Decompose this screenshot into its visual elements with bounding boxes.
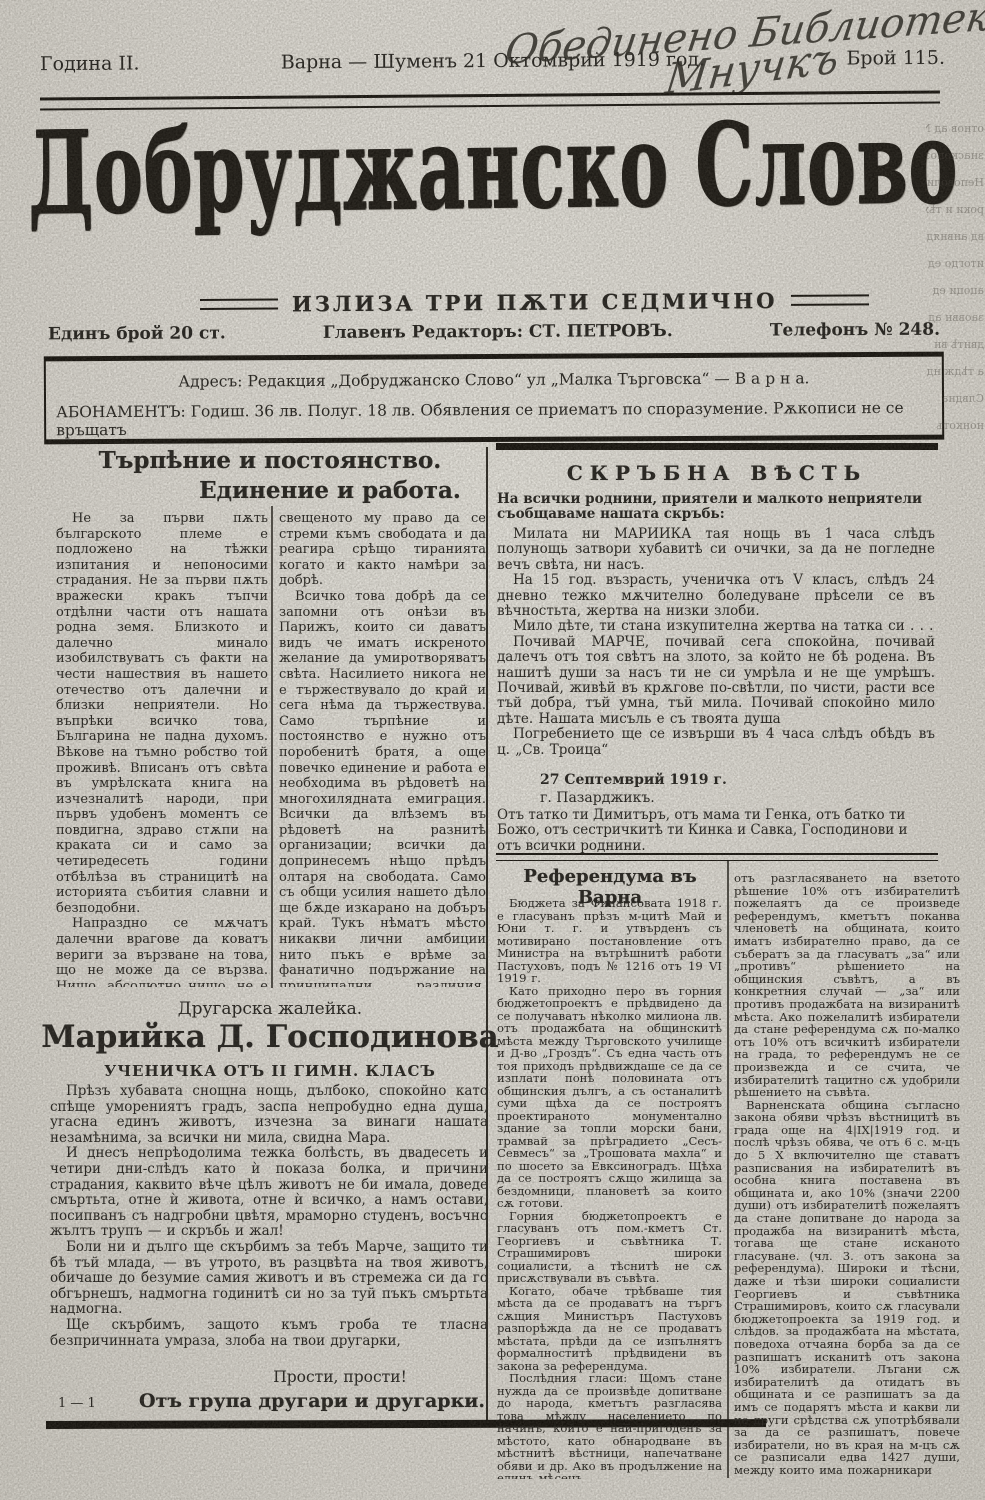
paragraph: Милата ни МАРИЙКА тая нощь въ 1 часа слѣ…: [497, 527, 935, 573]
bleed-fragment: роки и тѣхи: [926, 196, 984, 223]
paragraph: Почивай МАРЧЕ, почивай сега спокойна, по…: [497, 635, 935, 727]
paragraph: Боли ни и дълго ще скърбимъ за тебъ Марч…: [50, 1240, 488, 1318]
subscription-line: АБОНАМЕНТЪ: Годиш. 36 лв. Полуг. 18 лв. …: [56, 399, 936, 440]
obituary2-date: 27 Септемврий 1919 г.: [540, 772, 727, 788]
obituary2-bottom-rule: [496, 853, 938, 861]
obituary1-kicker: Другарска жалейка.: [55, 999, 485, 1019]
obituary2-signature: Отъ татко ти Димитъръ, отъ мама ти Генка…: [497, 808, 935, 854]
obituary1-subtitle: УЧЕНИЧКА ОТЪ II ГИМН. КЛАСЪ: [55, 1062, 485, 1080]
paragraph: свещеното му право да се стреми къмъ сво…: [279, 511, 486, 589]
obituary1-name: Марийка Д. Господинова: [40, 1019, 500, 1055]
info-row: Единъ брой 20 ст. Главенъ Редакторъ: СТ.…: [48, 320, 940, 345]
right-column-rule: [727, 860, 729, 1478]
bleed-fragment: нонкотъ: [926, 412, 984, 439]
frequency-rule-right: [791, 294, 869, 306]
paragraph: Послѣдния гласи: Щомъ стане нужда да се …: [497, 1372, 722, 1479]
article1-column-1: Не за първи пѫть българското племе е под…: [56, 511, 268, 987]
obituary1-mark: 1 — 1: [58, 1396, 96, 1411]
frequency-rule-left: [200, 299, 278, 311]
paragraph: Напраздно се мѫчатъ далечни врагове да к…: [56, 916, 268, 987]
newspaper-page: Година II. Варна — Шуменъ 21 Октомврий 1…: [0, 0, 985, 1500]
bleed-fragment: двнтѣ вн: [926, 331, 984, 358]
left-column-rule: [271, 506, 273, 988]
bleed-fragment: Неповоли: [926, 169, 984, 196]
obituary1-farewell: Прости, прости!: [230, 1368, 450, 1386]
article1-title-line1: Търпѣние и постоянство.: [55, 447, 485, 474]
bleed-fragment: ацоци ед: [926, 277, 984, 304]
bleed-fragment: итогдо ед: [926, 250, 984, 277]
paragraph: Като приходно перо въ горния бюджетопрое…: [497, 985, 722, 1210]
obituary1-body: Прѣзъ хубавата снощна нощь, дълбоко, спо…: [50, 1084, 488, 1366]
obituary2-lead: На всички роднини, приятели и малкото не…: [497, 492, 935, 523]
right-top-rule: [496, 443, 938, 450]
obituary1-signature: Отъ група другари и другарки.: [55, 1390, 485, 1412]
paragraph: Бюджета за Финансовата 1918 г. е гласува…: [497, 897, 722, 985]
bleedthrough-margin: отнов ад N6 знаскопоз Неповоли роки и тѣ…: [926, 115, 984, 1485]
frequency-row: ИЗЛИЗА ТРИ ПѪТИ СЕДМИЧНО: [200, 288, 790, 317]
bleed-fragment: Слвдна: [926, 385, 984, 412]
obituary2-body: Милата ни МАРИЙКА тая нощь въ 1 часа слѣ…: [497, 527, 935, 769]
paragraph: Когато, обаче трѣбваше тия мѣста да се п…: [497, 1285, 722, 1373]
dateline-issue: Брой 115.: [846, 47, 945, 70]
paragraph: Погребението ще се извърши въ 4 часа слѣ…: [497, 727, 935, 758]
paragraph: Мило дѣте, ти стана изкупителна жертва н…: [497, 619, 935, 634]
paragraph: Не за първи пѫть българското племе е под…: [56, 511, 268, 916]
bleed-fragment: знаскопоз: [926, 142, 984, 169]
bleed-fragment: отнов ад N6: [926, 115, 984, 142]
address-box: Адресъ: Редакция „Добруджанско Слово“ ул…: [44, 352, 944, 445]
obituary2-title: СКРЪБНА ВѢСТЬ: [496, 461, 938, 485]
paragraph: И днесъ непрѣодолима тежка болѣсть, въ д…: [50, 1146, 488, 1240]
phone-note: Телефонъ № 248.: [770, 320, 940, 341]
paragraph: На 15 год. възрасть, ученичка отъ V клас…: [497, 573, 935, 619]
price-note: Единъ брой 20 ст.: [48, 323, 226, 344]
dateline-year: Година II.: [40, 52, 140, 75]
masthead-title: Добруджанско Слово: [0, 95, 985, 240]
paragraph: Прѣзъ хубавата снощна нощь, дълбоко, спо…: [50, 1084, 488, 1146]
frequency-text: ИЗЛИЗА ТРИ ПѪТИ СЕДМИЧНО: [292, 288, 778, 316]
article2-column-1: Бюджета за Финансовата 1918 г. е гласува…: [497, 897, 722, 1479]
obituary2-place: г. Пазарджикъ.: [540, 790, 655, 806]
bleed-fragment: вд анвняд: [926, 223, 984, 250]
article1-title-line2: Единение и работа.: [115, 477, 545, 504]
article1-column-2: свещеното му право да се стреми къмъ сво…: [279, 511, 486, 987]
bleed-fragment: заоввн ад: [926, 304, 984, 331]
editor-note: Главенъ Редакторъ: СТ. ПЕТРОВЪ.: [323, 321, 673, 343]
paragraph: Всичко това добрѣ да се запомни отъ онѣз…: [279, 589, 486, 987]
paragraph: Горния бюджетопроектъ е гласуванъ отъ по…: [497, 1210, 722, 1285]
bleed-fragment: а тѣдж нд: [926, 358, 984, 385]
address-line: Адресъ: Редакция „Добруджанско Слово“ ул…: [46, 369, 942, 392]
paragraph: Ще скърбимъ, защото къмъ гроба те тласна…: [50, 1318, 488, 1349]
